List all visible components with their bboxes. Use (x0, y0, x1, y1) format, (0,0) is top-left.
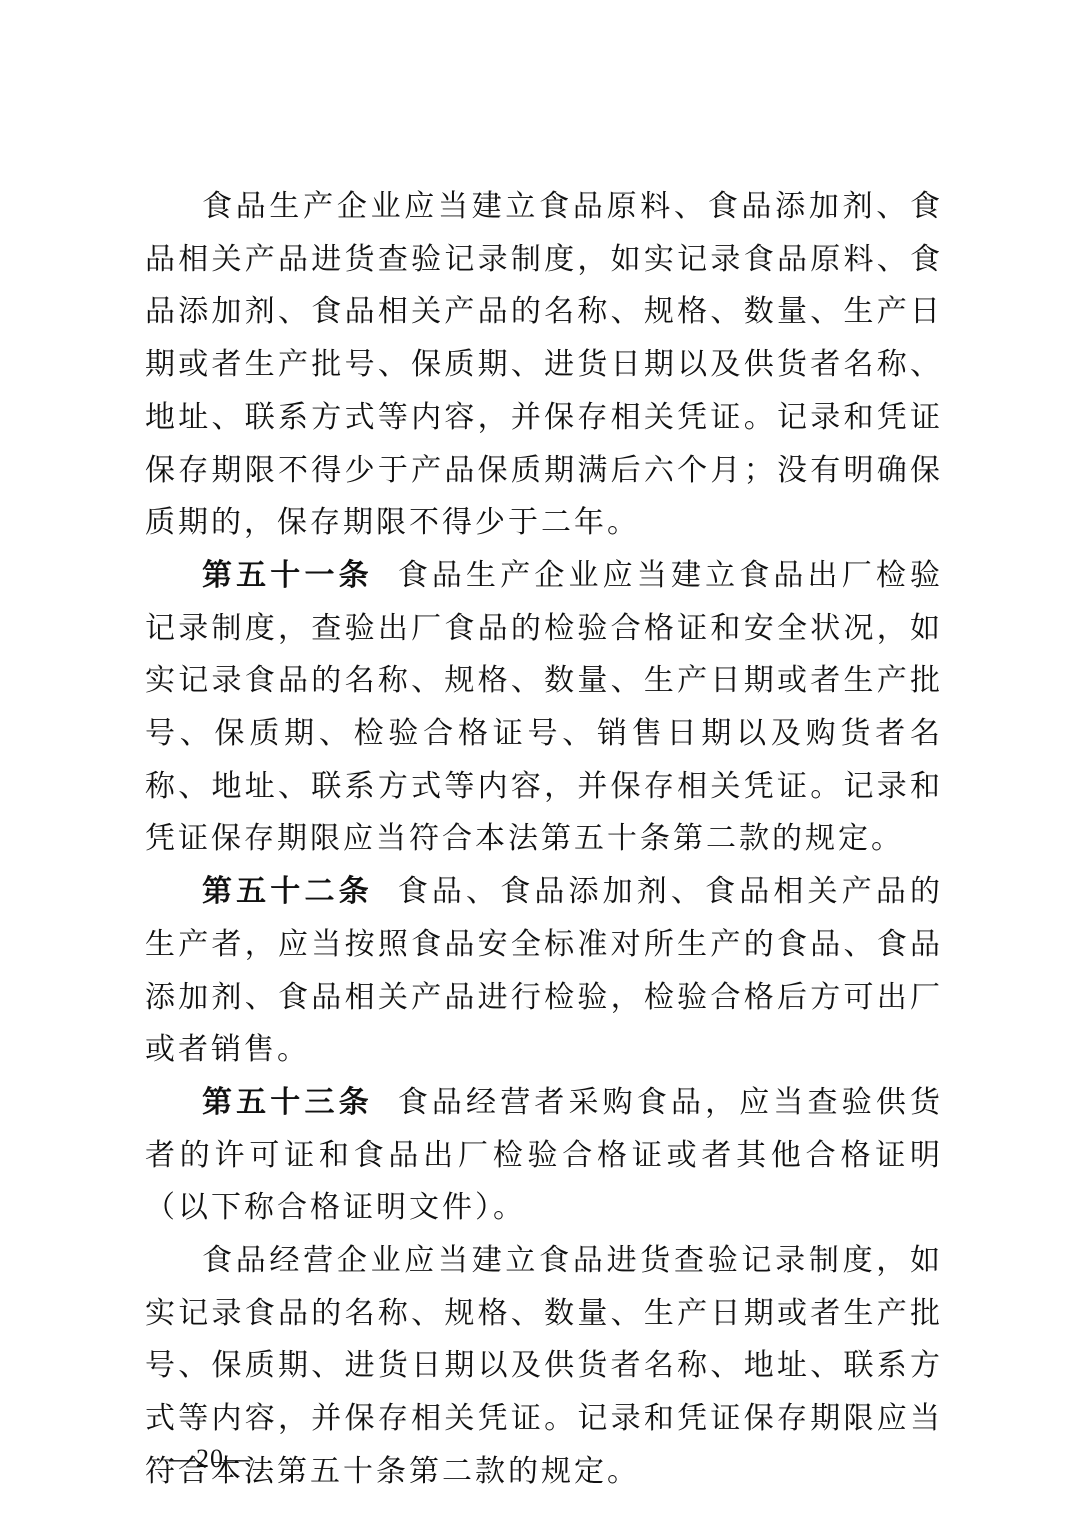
paragraph: 食品生产企业应当建立食品原料、食品添加剂、食品相关产品进货查验记录制度，如实记录… (145, 181, 943, 550)
document-page: 食品生产企业应当建立食品原料、食品添加剂、食品相关产品进货查验记录制度，如实记录… (0, 0, 1074, 1520)
article-number: 第五十三条 (202, 1086, 373, 1119)
paragraph-text: 食品生产企业应当建立食品原料、食品添加剂、食品相关产品进货查验记录制度，如实记录… (145, 190, 943, 539)
paragraph: 第五十一条食品生产企业应当建立食品出厂检验记录制度，查验出厂食品的检验合格证和安… (145, 550, 943, 866)
paragraph: 食品经营企业应当建立食品进货查验记录制度，如实记录食品的名称、规格、数量、生产日… (145, 1235, 943, 1499)
paragraph: 第五十二条食品、食品添加剂、食品相关产品的生产者，应当按照食品安全标准对所生产的… (145, 866, 943, 1077)
page-number: —20— (169, 1444, 251, 1474)
article-number: 第五十一条 (202, 559, 373, 592)
article-number: 第五十二条 (202, 875, 373, 908)
paragraph: 第五十三条食品经营者采购食品，应当查验供货者的许可证和食品出厂检验合格证或者其他… (145, 1077, 943, 1235)
text-content: 食品生产企业应当建立食品原料、食品添加剂、食品相关产品进货查验记录制度，如实记录… (145, 181, 943, 1499)
paragraph-text: 食品生产企业应当建立食品出厂检验记录制度，查验出厂食品的检验合格证和安全状况，如… (145, 559, 943, 856)
paragraph-text: 食品经营企业应当建立食品进货查验记录制度，如实记录食品的名称、规格、数量、生产日… (145, 1244, 943, 1488)
